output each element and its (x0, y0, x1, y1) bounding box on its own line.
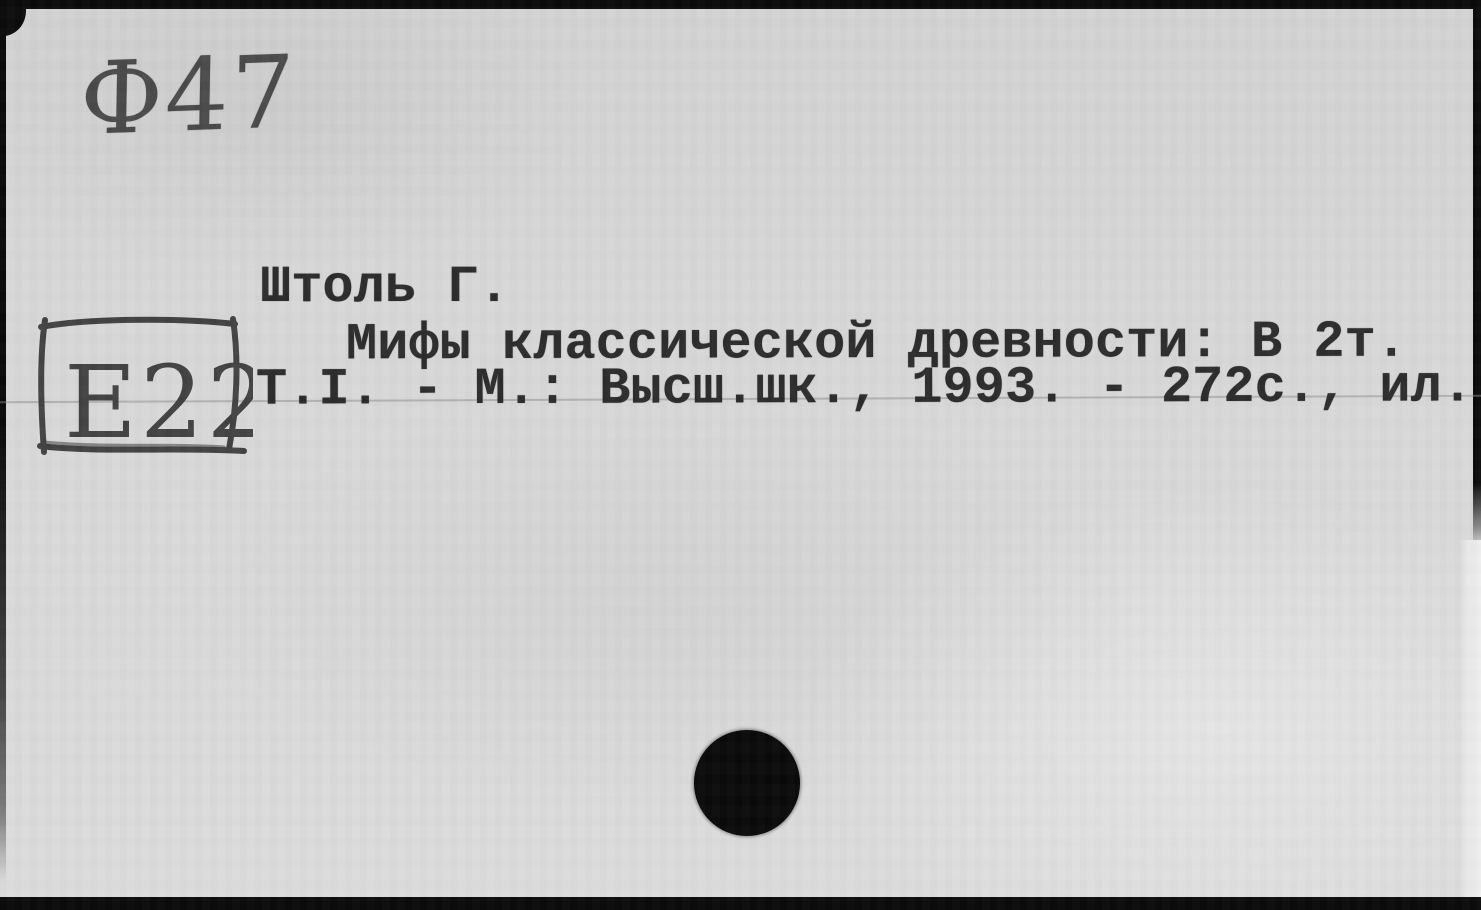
shelf-code-box-drawing: E22 (28, 308, 253, 460)
imprint-line: T.I. - М.: Высш.шк., 1993. - 272с., ил. (256, 361, 1473, 416)
scan-edge-top (0, 0, 1481, 9)
scanned-catalog-card: Ф47 E22 Штоль Г. Мифы классической древн… (0, 0, 1481, 910)
hole-punch-mark (694, 730, 800, 836)
box-stroke-top (41, 320, 235, 327)
handwritten-class-mark: Ф47 (79, 42, 297, 150)
scan-edge-right (1473, 0, 1481, 548)
shelf-code-text: E22 (64, 344, 253, 460)
scan-light-band-right (1459, 540, 1481, 897)
scan-edge-bottom (0, 897, 1481, 910)
box-stroke-left (41, 320, 45, 452)
scan-edge-left (0, 0, 6, 882)
author-line: Штоль Г. (260, 262, 510, 314)
shelf-code-box: E22 (28, 308, 253, 460)
